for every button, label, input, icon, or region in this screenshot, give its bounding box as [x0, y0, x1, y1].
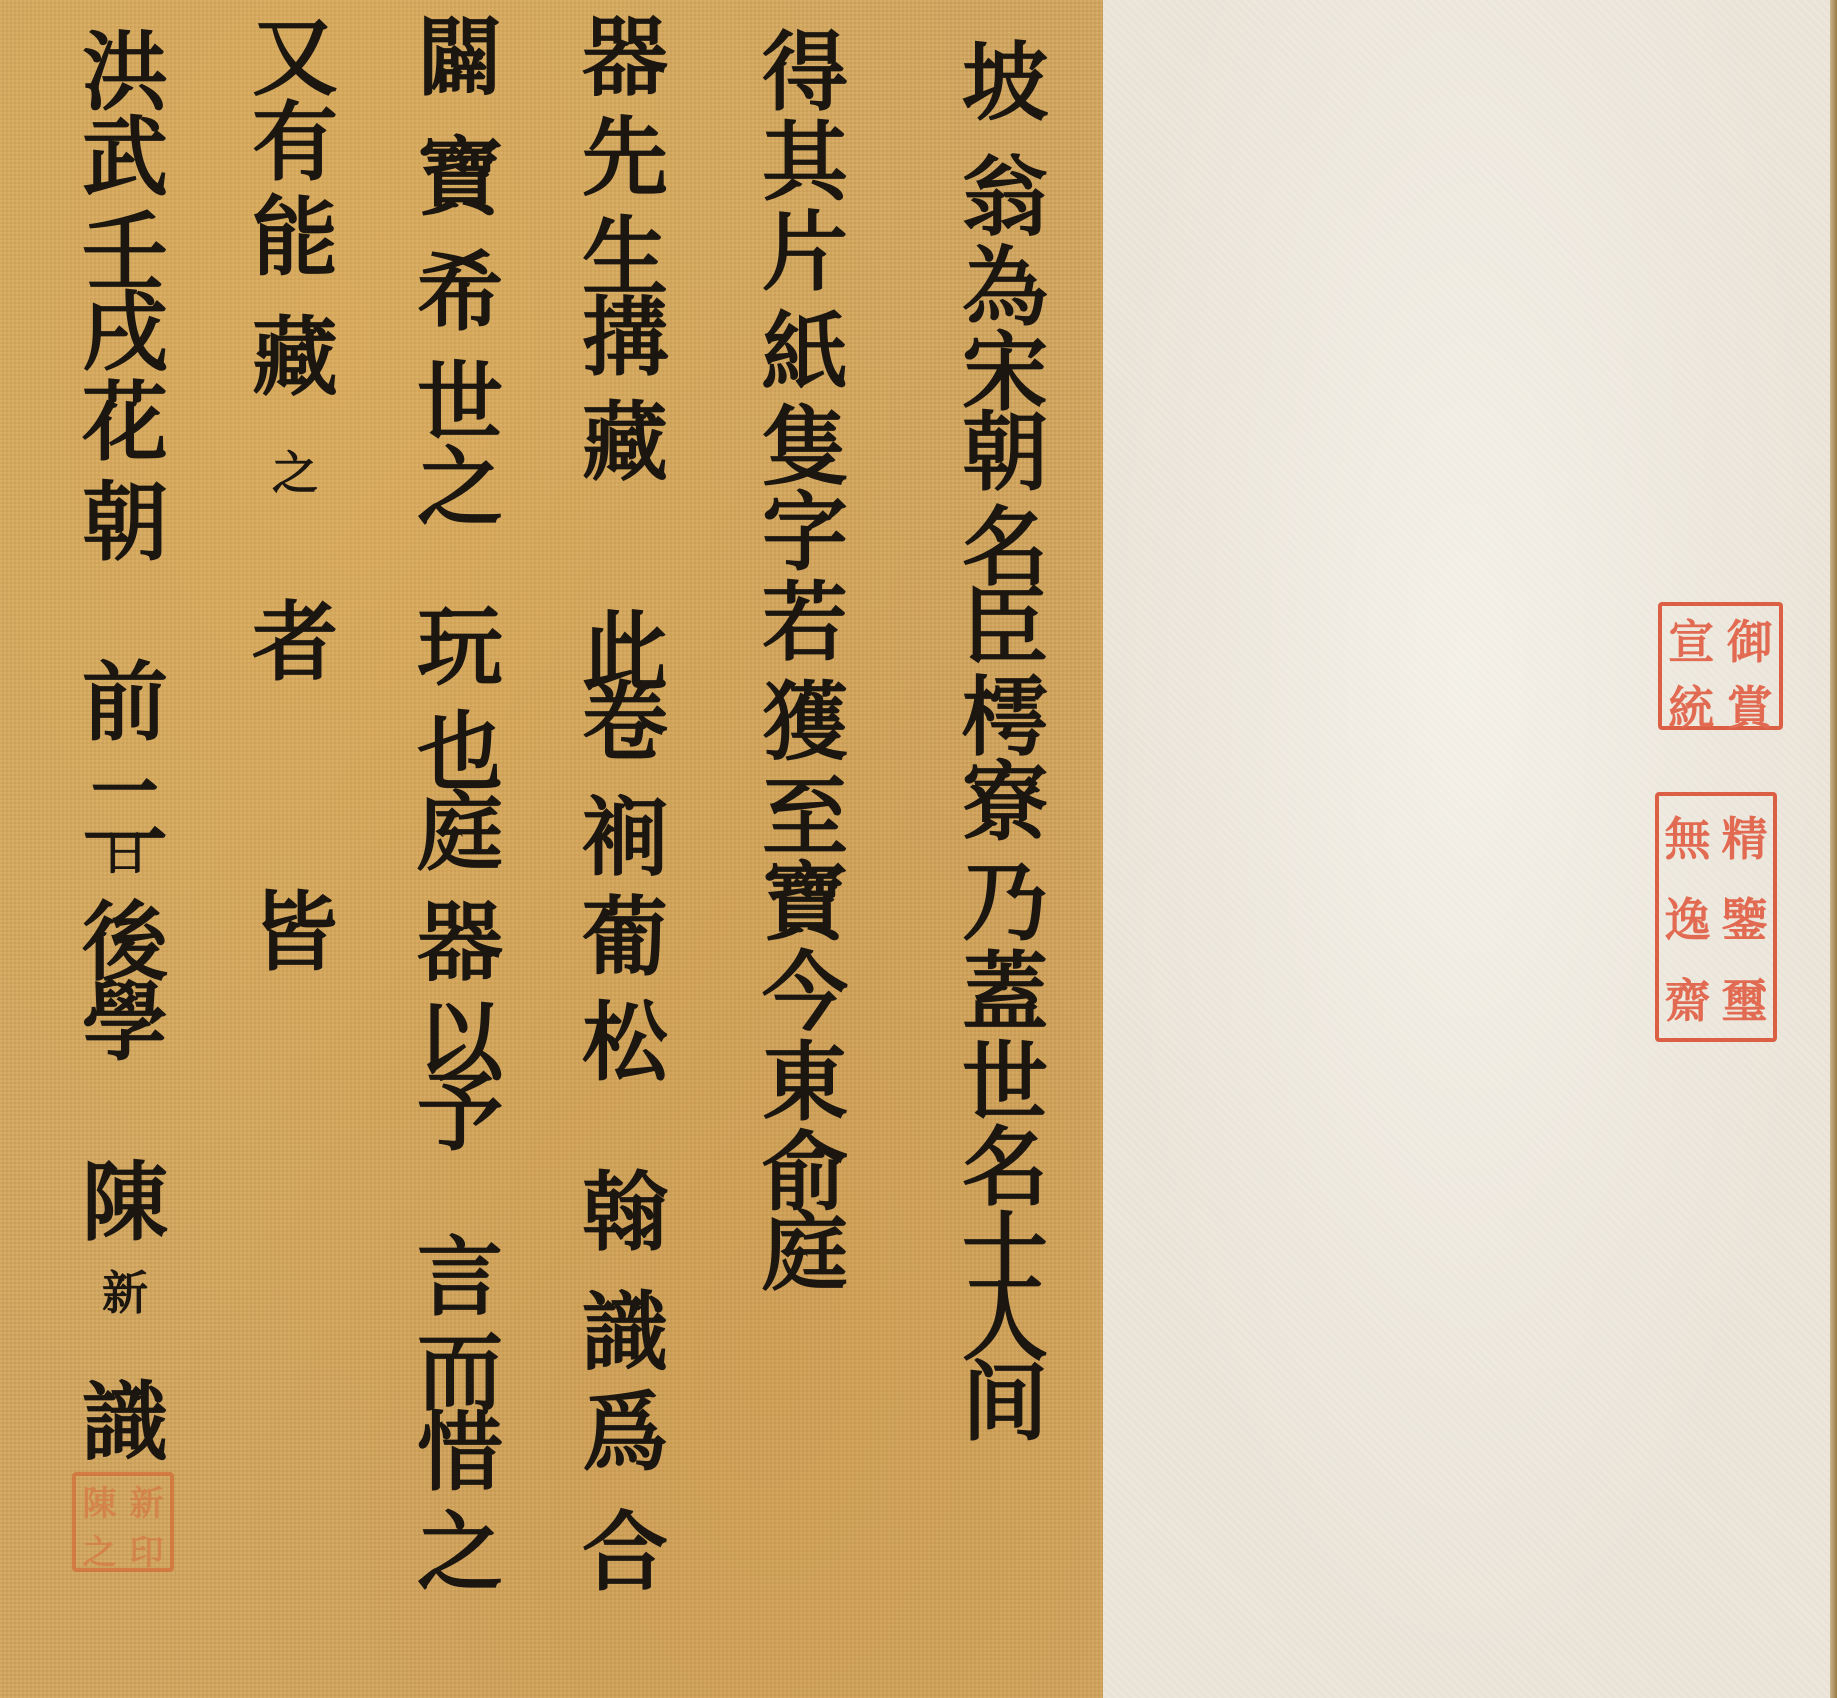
calligraphy-character: 惜 [405, 1410, 515, 1496]
calligraphy-character: 有 [240, 100, 350, 186]
calligraphy-character: 前 [70, 660, 180, 746]
seal-char: 齋 [1659, 957, 1716, 1038]
calligraphy-character: 者 [240, 600, 350, 686]
seal-char: 逸 [1659, 877, 1716, 958]
calligraphy-character: 隻 [750, 405, 860, 491]
calligraphy-character: 乃 [950, 860, 1060, 946]
calligraphy-character: 名 [950, 1125, 1060, 1211]
calligraphy-character: 東 [750, 1040, 860, 1126]
calligraphy-character: 庭 [750, 1210, 860, 1296]
calligraphy-character: 闢 [405, 15, 515, 101]
calligraphy-character: 藏 [240, 315, 350, 401]
seal-char: 賞 [1721, 672, 1780, 738]
calligraphy-character: 獲 [750, 680, 860, 766]
calligraphy-character: 间 [950, 1360, 1060, 1446]
collector-seal-upper: 宣 御 統 賞 [1658, 602, 1783, 730]
calligraphy-character: 之 [405, 1510, 515, 1596]
calligraphy-character: 花 [70, 380, 180, 466]
calligraphy-character: 武 [70, 115, 180, 201]
seal-char: 御 [1721, 606, 1780, 672]
calligraphy-character: 希 [405, 250, 515, 336]
seal-char: 統 [1662, 672, 1721, 738]
calligraphy-character: 又 [240, 15, 350, 101]
seal-char: 印 [123, 1525, 170, 1574]
calligraphy-character: 能 [240, 195, 350, 281]
calligraphy-character: 識 [570, 1290, 680, 1376]
calligraphy-character: 世 [950, 1040, 1060, 1126]
calligraphy-character: 先 [570, 115, 680, 201]
calligraphy-character: 朝 [950, 410, 1060, 496]
calligraphy-character: 新 [70, 1270, 180, 1316]
calligraphy-character: 日 [70, 830, 180, 876]
calligraphy-character: 陳 [70, 1160, 180, 1246]
calligraphy-character: 藏 [570, 400, 680, 486]
calligraphy-character: 片 [750, 210, 860, 296]
calligraphy-character: 言 [405, 1235, 515, 1321]
calligraphy-character: 識 [70, 1380, 180, 1466]
calligraphy-character: 之 [240, 450, 350, 496]
calligraphy-character: 得 [750, 30, 860, 116]
seal-char: 璽 [1716, 957, 1773, 1038]
calligraphy-character: 為 [950, 245, 1060, 331]
calligraphy-character: 之 [405, 445, 515, 531]
calligraphy-character: 至 [750, 775, 860, 861]
calligraphy-character: 翰 [570, 1170, 680, 1256]
calligraphy-character: 庭 [405, 790, 515, 876]
calligraphy-character: 器 [570, 15, 680, 101]
calligraphy-character: 翁 [950, 155, 1060, 241]
calligraphy-character: 戌 [70, 290, 180, 376]
calligraphy-character: 朝 [70, 480, 180, 566]
calligraphy-character: 坡 [950, 40, 1060, 126]
calligraphy-character: 蓋 [950, 950, 1060, 1036]
calligraphy-character: 臣 [950, 585, 1060, 671]
calligraphy-character: 學 [70, 980, 180, 1066]
seal-char: 之 [76, 1525, 123, 1574]
mount-edge [1830, 0, 1837, 1698]
seal-char: 陳 [76, 1476, 123, 1525]
calligraphy-character: 樗 [950, 675, 1060, 761]
calligraphy-character: 搆 [570, 295, 680, 381]
calligraphy-character: 其 [750, 120, 860, 206]
calligraphy-character: 寮 [950, 760, 1060, 846]
calligraphy-character: 玩 [405, 605, 515, 691]
artist-seal: 陳 新 之 印 [72, 1472, 174, 1572]
seal-char: 宣 [1662, 606, 1721, 672]
calligraphy-character: 字 [750, 490, 860, 576]
calligraphy-character: 松 [570, 1000, 680, 1086]
calligraphy-character: 裥 [570, 795, 680, 881]
calligraphy-character: 今 [750, 950, 860, 1036]
seal-char: 新 [123, 1476, 170, 1525]
calligraphy-character: 若 [750, 580, 860, 666]
seal-char: 鑒 [1716, 877, 1773, 958]
calligraphy-character: 寶 [750, 860, 860, 946]
calligraphy-character: 紙 [750, 310, 860, 396]
calligraphy-character: 予 [405, 1070, 515, 1156]
calligraphy-character: 寶 [405, 135, 515, 221]
calligraphy-character: 皆 [240, 890, 350, 976]
calligraphy-character: 世 [405, 360, 515, 446]
calligraphy-character: 爲 [570, 1390, 680, 1476]
calligraphy-character: 器 [405, 900, 515, 986]
seal-char: 精 [1716, 796, 1773, 877]
calligraphy-character: 葡 [570, 895, 680, 981]
seal-char: 無 [1659, 796, 1716, 877]
calligraphy-character: 洪 [70, 30, 180, 116]
collector-seal-lower: 無 精 逸 鑒 齋 璽 [1655, 792, 1777, 1042]
calligraphy-character: 合 [570, 1510, 680, 1596]
calligraphy-character: 卷 [570, 680, 680, 766]
